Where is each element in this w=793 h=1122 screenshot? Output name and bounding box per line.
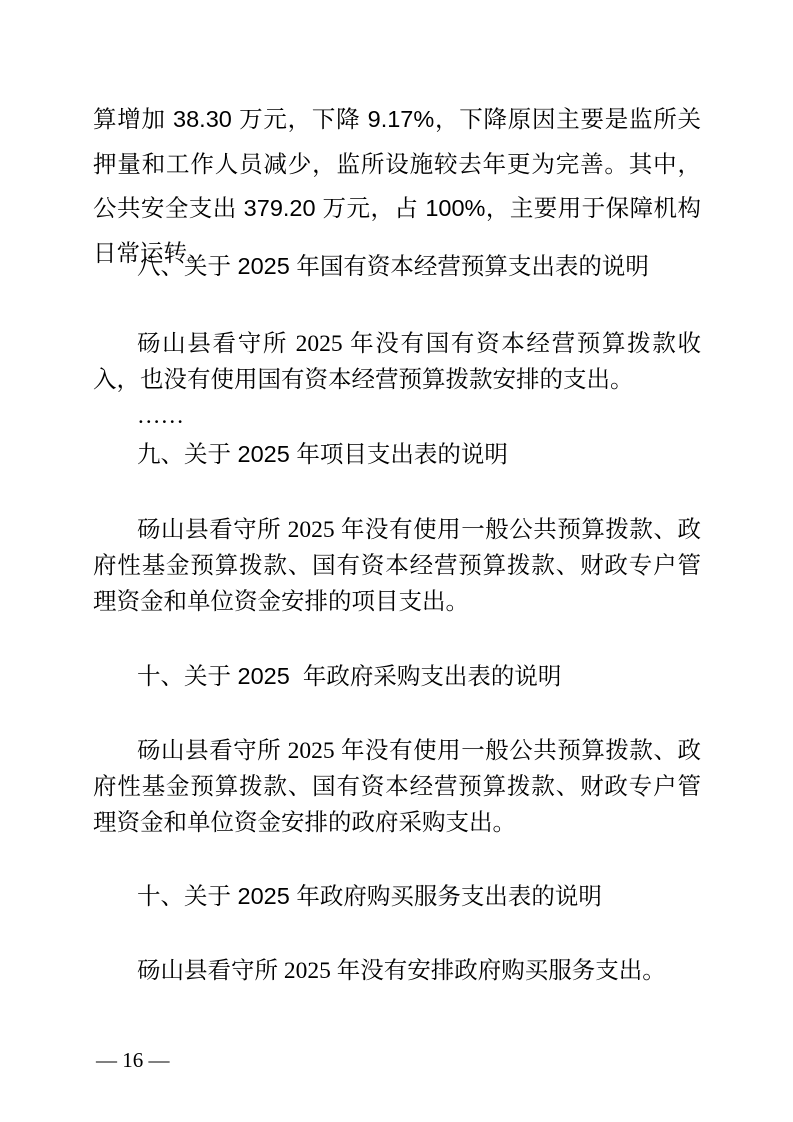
- ellipsis-line: ……: [93, 398, 701, 434]
- section-heading-gov-procurement: 十、关于 2025 年政府采购支出表的说明: [93, 658, 701, 694]
- document-page: 算增加 38.30 万元，下降 9.17%，下降原因主要是监所关押量和工作人员减…: [0, 0, 793, 1122]
- section-body-project-expenditure: 砀山县看守所 2025 年没有使用一般公共预算拨款、政府性基金预算拨款、国有资本…: [93, 512, 701, 620]
- section-heading-gov-purchased-services: 十、关于 2025 年政府购买服务支出表的说明: [93, 878, 701, 914]
- section-body-gov-purchased-services: 砀山县看守所 2025 年没有安排政府购买服务支出。: [93, 953, 701, 989]
- section-heading-state-capital-budget: 八、关于 2025 年国有资本经营预算支出表的说明: [93, 248, 701, 284]
- section-body-gov-procurement: 砀山县看守所 2025 年没有使用一般公共预算拨款、政府性基金预算拨款、国有资本…: [93, 733, 701, 841]
- page-number: — 16 —: [96, 1048, 170, 1072]
- section-heading-project-expenditure: 九、关于 2025 年项目支出表的说明: [93, 436, 701, 472]
- section-body-state-capital-budget: 砀山县看守所 2025 年没有国有资本经营预算拨款收入，也没有使用国有资本经营预…: [93, 326, 701, 398]
